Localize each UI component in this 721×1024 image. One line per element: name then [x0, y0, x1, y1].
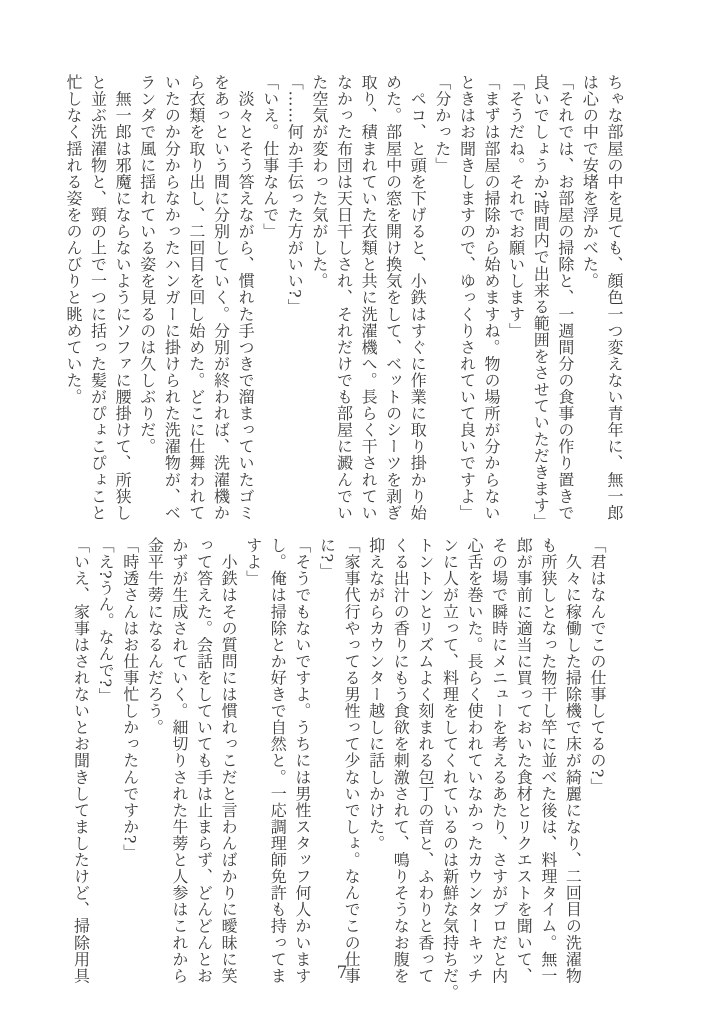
text-line: その場で瞬時にメニューを考えるあたり、さすがプロだと内	[486, 537, 511, 984]
text-line: 小鉄はその質問には慣れっこだと言わんばかりに曖昧に笑	[216, 537, 241, 984]
text-line: 淡々とそう答えながら、慣れた手つきで溜まっていたゴミ	[233, 74, 258, 521]
text-line: 忙しなく揺れる姿をのんびりと眺めていた。	[60, 74, 85, 521]
text-line: ペコ、と頭を下げると、小鉄はすぐに作業に取り掛かり始	[405, 74, 430, 521]
text-line: 良いでしょうか?時間内で出来る範囲をさせていただきます」	[528, 74, 553, 521]
text-line: ランダで風に揺れている姿を見るのは久しぶりだ。	[134, 74, 159, 521]
text-line: 「……何か手伝った方がいい?」	[282, 74, 307, 521]
text-line: ンに人が立って、料理をしてくれているのは新鮮な気持ちだ。	[437, 537, 462, 984]
upper-text-block: ちゃな部屋の中を見ても、顔色一つ変えない青年に、無一郎は心の中で安堵を浮かべた。…	[60, 74, 626, 521]
text-line: 「君はなんでこの仕事してるの?」	[584, 537, 609, 984]
text-line: 抑えながらカウンター越しに話しかけた。	[363, 537, 388, 984]
text-line: 「家事代行やってる男性って少ないでしょ。なんでこの仕事	[338, 537, 363, 984]
text-line: 久々に稼働した掃除機で床が綺麗になり、二回目の洗濯物	[560, 537, 585, 984]
text-line: と並ぶ洗濯物と、頸の上で一つに括った髪がぴょこぴょこと	[85, 74, 110, 521]
text-line: た空気が変わった気がした。	[306, 74, 331, 521]
text-line: って答えた。会話をしていても手は止まらず、どんどんとお	[191, 537, 216, 984]
page-number: 7	[326, 963, 358, 983]
text-line: 「そうでもないですよ。うちには男性スタッフ何人かいます	[289, 537, 314, 984]
text-line: 「そうだね。それでお願いします」	[503, 74, 528, 521]
text-line: も所狭しとなった物干し竿に並べた後は、料理タイム。無一	[535, 537, 560, 984]
text-line: すよ」	[240, 537, 265, 984]
text-line: 心舌を巻いた。長らく使われていなかったカウンターキッチ	[461, 537, 486, 984]
text-line: をあっという間に分別していく。分別が終われば、洗濯機か	[208, 74, 233, 521]
text-line: 「いえ、家事はされないとお聞きしてましたけど、掃除用具	[68, 537, 93, 984]
lower-text-block: 「君はなんでこの仕事してるの?」 久々に稼働した掃除機で床が綺麗になり、二回目の…	[68, 537, 609, 984]
text-line: 無一郎は邪魔にならないようにソファに腰掛けて、所狭し	[110, 74, 135, 521]
text-line: 「それでは、お部屋の掃除と、一週間分の食事の作り置きで	[552, 74, 577, 521]
text-line: し。俺は掃除とか好きで自然と。一応調理師免許も持ってま	[265, 537, 290, 984]
text-line: に?」	[314, 537, 339, 984]
text-line: 金平牛蒡になるんだろう。	[142, 537, 167, 984]
text-line: トントンとリズムよく刻まれる包丁の音と、ふわりと香って	[412, 537, 437, 984]
text-line: 「いえ。仕事なんで」	[257, 74, 282, 521]
text-line: 「分かった」	[429, 74, 454, 521]
text-line: 郎が事前に適当に買っておいた食材とリクエストを聞いて、	[511, 537, 536, 984]
book-page: ちゃな部屋の中を見ても、顔色一つ変えない青年に、無一郎は心の中で安堵を浮かべた。…	[0, 0, 721, 1024]
text-line: めた。部屋中の窓を開け換気をして、ベットのシーツを剥ぎ	[380, 74, 405, 521]
text-line: ときはお聞きしますので、ゆっくりされていて良いですよ」	[454, 74, 479, 521]
text-line: 「まずは部屋の掃除から始めますね。物の場所が分からない	[478, 74, 503, 521]
text-line: かずが生成されていく。細切りされた牛蒡と人参はこれから	[166, 537, 191, 984]
text-line: 「え?うん。なんで?」	[93, 537, 118, 984]
text-line: くる出汁の香りにもう食欲を刺激されて、鳴りそうなお腹を	[388, 537, 413, 984]
text-line: いたのか分からなかったハンガーに掛けられた洗濯物が、ベ	[159, 74, 184, 521]
text-line: 「時透さんはお仕事忙しかったんですか?」	[117, 537, 142, 984]
text-line: なかった布団は天日干しされ、それだけでも部屋に澱んでい	[331, 74, 356, 521]
text-line: ら衣類を取り出し、二回目を回し始めた。どこに仕舞われて	[183, 74, 208, 521]
text-line: ちゃな部屋の中を見ても、顔色一つ変えない青年に、無一郎	[601, 74, 626, 521]
text-line: は心の中で安堵を浮かべた。	[577, 74, 602, 521]
text-line: 取り、積まれていた衣類と共に洗濯機へ。長らく干されてい	[355, 74, 380, 521]
